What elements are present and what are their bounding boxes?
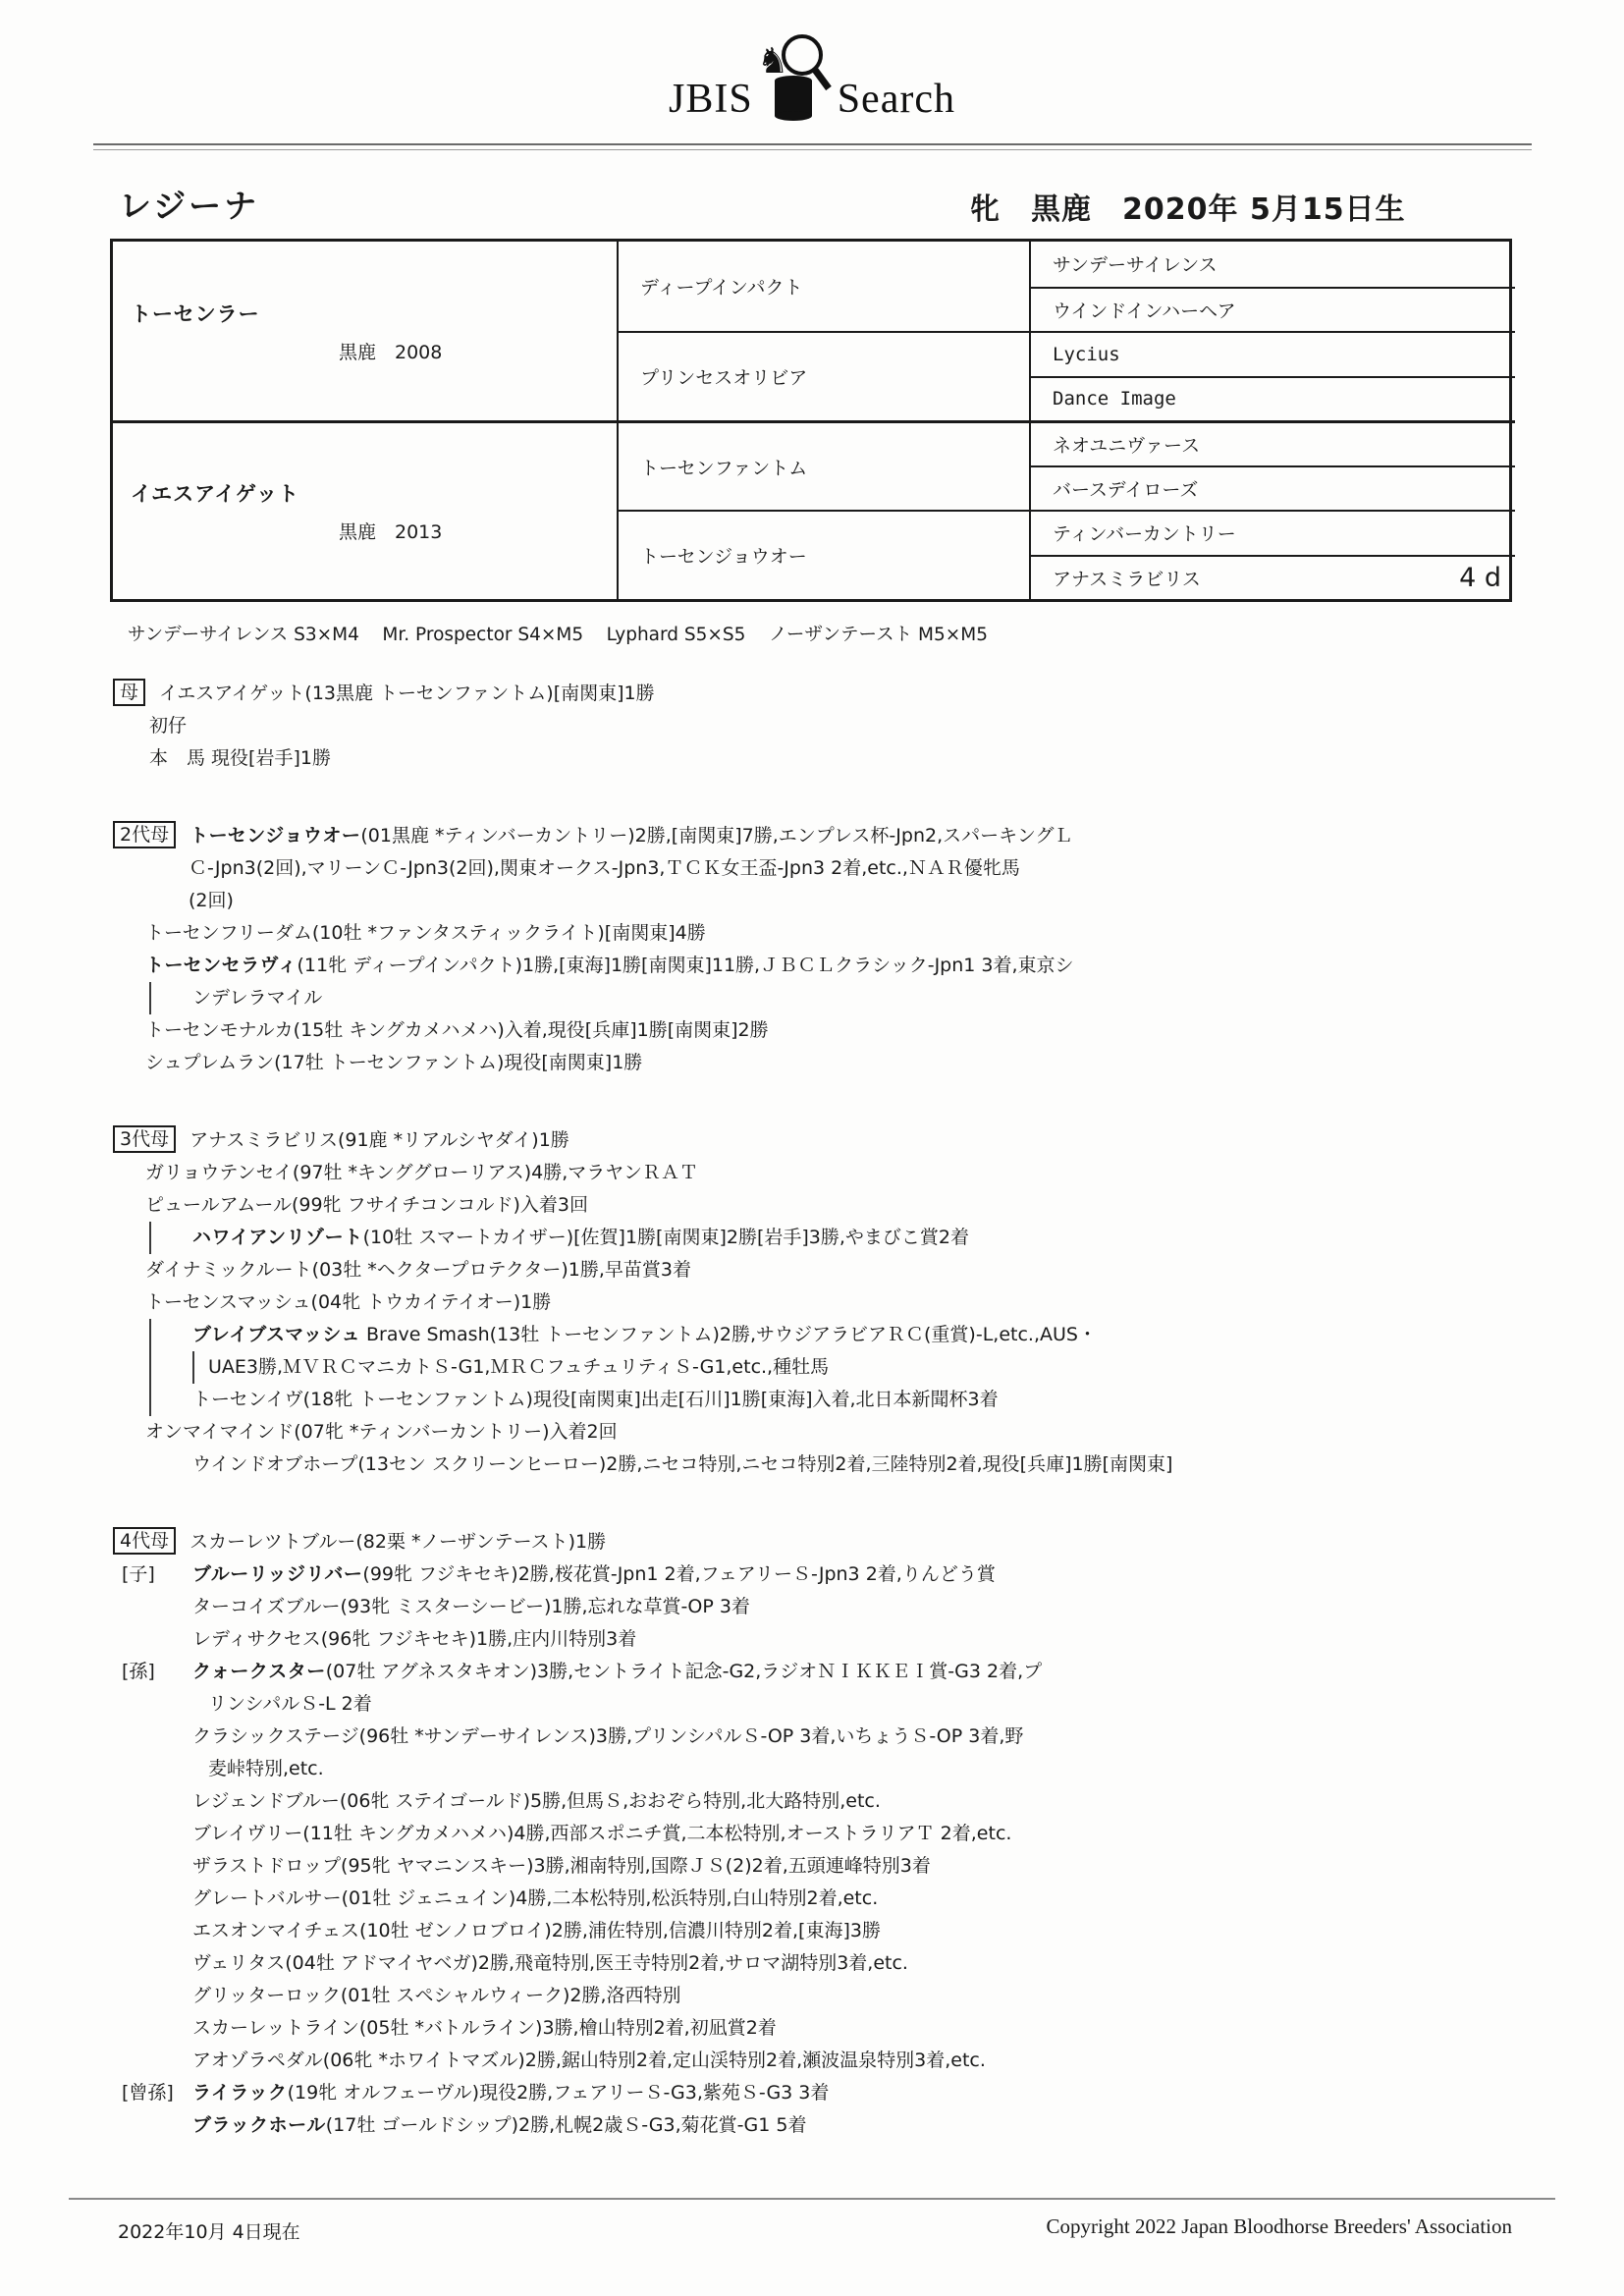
pedigree-line: オンマイマインド(07牝 *ティンバーカントリー)入着2回: [0, 1416, 1624, 1449]
line-text: (17牡 ゴールドシップ)2勝,札幌2歳Ｓ-G3,菊花賞-G1 5着: [326, 2114, 807, 2136]
footer-date: 2022年10月 4日現在: [118, 2217, 300, 2244]
jbis-search-logo: JBIS ♞ Search: [0, 27, 1624, 124]
tree-branch-line: [149, 982, 151, 1014]
pedigree-line: ダイナミックルート(03牡 *ヘクタープロテクター)1勝,早苗賞3着: [0, 1254, 1624, 1286]
pedigree-line: 4代母スカーレツトブルー(82栗 *ノーザンテースト)1勝: [0, 1526, 1624, 1558]
horse-name-bold: クォークスター: [192, 1661, 326, 1682]
pedigree-line: レディサクセス(96牝 フジキセキ)1勝,庄内川特別3着: [0, 1623, 1624, 1656]
dam-cell: イエスアイゲット 黒鹿 2013: [113, 420, 617, 599]
line-text: ターコイズブルー(93牝 ミスターシービー)1勝,忘れな草賞-OP 3着: [192, 1596, 750, 1617]
sire-dam-cell: プリンセスオリビア: [617, 331, 1029, 420]
family-section: 2代母トーセンジョウオー(01黒鹿 *ティンバーカントリー)2勝,[南関東]7勝…: [0, 820, 1624, 1079]
sex-color-birth: 牝 黒鹿 2020年 5月15日生: [970, 185, 1406, 228]
pedigree-table: トーセンラー 黒鹿 2008 イエスアイゲット 黒鹿 2013 ディープインパク…: [110, 239, 1512, 602]
line-text: 麦峠特別,etc.: [208, 1758, 324, 1779]
pedigree-report-page: JBIS ♞ Search レジーナ 牝 黒鹿 2020年 5月15日生 トーセ…: [0, 0, 1624, 2296]
horse-name-bold: ハワイアンリゾート: [192, 1227, 363, 1248]
grandparent-cell: サンデーサイレンス: [1029, 242, 1515, 287]
line-text: (10牡 スマートカイザー)[佐賀]1勝[南関東]2勝[岩手]3勝,やまびこ賞2…: [363, 1227, 969, 1248]
family-section: 母イエスアイゲット(13黒鹿 トーセンファントム)[南関東]1勝初仔本 馬 現役…: [0, 678, 1624, 775]
line-text: (07牡 アグネスタキオン)3勝,セントライト記念-G2,ラジオＮＩＫＫＥＩ賞-…: [326, 1661, 1042, 1682]
horse-name-bold: ライラック: [192, 2082, 288, 2104]
pedigree-line: ウインドオブホープ(13セン スクリーンヒーロー)2勝,ニセコ特別,ニセコ特別2…: [0, 1449, 1624, 1481]
grandparent-cell: ネオユニヴァース: [1029, 420, 1515, 465]
pedigree-line: ターコイズブルー(93牝 ミスターシービー)1勝,忘れな草賞-OP 3着: [0, 1591, 1624, 1623]
horse-magnifier-icon: ♞: [757, 27, 834, 124]
line-text: エスオンマイチェス(10牡 ゼンノロブロイ)2勝,浦佐特別,信濃川特別2着,[東…: [192, 1920, 881, 1941]
tree-branch-line: [149, 1319, 151, 1351]
family-section: 3代母アナスミラビリス(91鹿 *リアルシヤダイ)1勝ガリョウテンセイ(97牡 …: [0, 1124, 1624, 1481]
line-text: トーセンイヴ(18牝 トーセンファントム)現役[南関東]出走[石川]1勝[東海]…: [192, 1389, 999, 1410]
line-text: ダイナミックルート(03牡 *ヘクタープロテクター)1勝,早苗賞3着: [145, 1259, 691, 1281]
pedigree-line: ヴェリタス(04牡 アドマイヤベガ)2勝,飛竜特別,医王寺特別2着,サロマ湖特別…: [0, 1947, 1624, 1980]
line-text: ガリョウテンセイ(97牡 *キンググローリアス)4勝,マラヤンＲＡＴ: [145, 1162, 698, 1183]
line-text: リンシパルＳ-L 2着: [208, 1693, 372, 1715]
line-text: アナスミラビリス(91鹿 *リアルシヤダイ)1勝: [189, 1129, 569, 1151]
pedigree-line: 2代母トーセンジョウオー(01黒鹿 *ティンバーカントリー)2勝,[南関東]7勝…: [0, 820, 1624, 852]
horse-name-bold: ブラックホール: [192, 2114, 326, 2136]
pedigree-line: ザラストドロップ(95牝 ヤマニンスキー)3勝,湘南特別,国際ＪＳ(2)2着,五…: [0, 1850, 1624, 1883]
pedigree-line: シュプレムラン(17牡 トーセンファントム)現役[南関東]1勝: [0, 1047, 1624, 1079]
sire-detail: 黒鹿 2008: [113, 338, 617, 364]
horse-name-title: レジーナ: [119, 181, 259, 227]
tree-branch-line: [149, 1351, 151, 1384]
grandparent-cell: Dance Image: [1029, 376, 1515, 421]
footer-divider: [69, 2198, 1555, 2200]
logo-search-text: Search: [838, 79, 955, 124]
line-text: 初仔: [149, 715, 187, 737]
relation-label: [曾孫]: [122, 2077, 174, 2109]
pedigree-line: 母イエスアイゲット(13黒鹿 トーセンファントム)[南関東]1勝: [0, 678, 1624, 710]
pedigree-line: [子]ブルーリッジリバー(99牝 フジキセキ)2勝,桜花賞-Jpn1 2着,フェ…: [0, 1558, 1624, 1591]
grandparent-cell: バースデイローズ: [1029, 465, 1515, 511]
svg-text:♞: ♞: [757, 41, 788, 82]
line-text: トーセンモナルカ(15牡 キングカメハメハ)入着,現役[兵庫]1勝[南関東]2勝: [145, 1019, 769, 1041]
line-text: ブレイヴリー(11牡 キングカメハメハ)4勝,西部スポニチ賞,二本松特別,オース…: [192, 1823, 1011, 1844]
line-text: トーセンスマッシュ(04牝 トウカイテイオー)1勝: [145, 1291, 551, 1313]
pedigree-line: トーセンスマッシュ(04牝 トウカイテイオー)1勝: [0, 1286, 1624, 1319]
pedigree-line: トーセンセラヴィ(11牝 ディープインパクト)1勝,[東海]1勝[南関東]11勝…: [0, 950, 1624, 982]
line-text: Ｃ-Jpn3(2回),マリーンＣ-Jpn3(2回),関東オークス-Jpn3,ＴＣ…: [189, 857, 1020, 879]
horse-name-bold: トーセンジョウオー: [189, 825, 360, 847]
line-text: ンデレラマイル: [192, 987, 322, 1009]
horse-name-bold: ブレイブスマッシュ: [192, 1324, 360, 1345]
pedigree-line: 3代母アナスミラビリス(91鹿 *リアルシヤダイ)1勝: [0, 1124, 1624, 1157]
horse-name-bold: ブルーリッジリバー: [192, 1563, 362, 1585]
generation-label: 2代母: [113, 821, 176, 848]
logo-jbis-text: JBIS: [669, 79, 753, 124]
line-text: ウインドオブホープ(13セン スクリーンヒーロー)2勝,ニセコ特別,ニセコ特別2…: [192, 1453, 1172, 1475]
pedigree-line: [曾孫]ライラック(19牝 オルフェーヴル)現役2勝,フェアリーＳ-G3,紫苑Ｓ…: [0, 2077, 1624, 2109]
grandparent-name: アナスミラビリス: [1053, 565, 1201, 591]
line-text: Brave Smash(13牡 トーセンファントム)2勝,サウジアラビアＲＣ(重…: [360, 1324, 1097, 1345]
dam-detail: 黒鹿 2013: [113, 518, 617, 544]
line-text: レディサクセス(96牝 フジキセキ)1勝,庄内川特別3着: [192, 1628, 636, 1650]
line-text: グリッターロック(01牡 スペシャルウィーク)2勝,洛西特別: [192, 1985, 681, 2006]
line-text: (11牝 ディープインパクト)1勝,[東海]1勝[南関東]11勝,ＪＢＣＬクラシ…: [297, 955, 1073, 976]
pedigree-line: ガリョウテンセイ(97牡 *キンググローリアス)4勝,マラヤンＲＡＴ: [0, 1157, 1624, 1189]
line-text: ヴェリタス(04牡 アドマイヤベガ)2勝,飛竜特別,医王寺特別2着,サロマ湖特別…: [192, 1952, 908, 1974]
pedigree-line: エスオンマイチェス(10牡 ゼンノロブロイ)2勝,浦佐特別,信濃川特別2着,[東…: [0, 1915, 1624, 1947]
line-text: アオゾラペダル(06牝 *ホワイトマズル)2勝,鋸山特別2着,定山渓特別2着,瀬…: [192, 2050, 986, 2071]
tree-branch-line: [149, 1222, 151, 1254]
sire-name: トーセンラー: [113, 299, 617, 328]
pedigree-line: ブラックホール(17牡 ゴールドシップ)2勝,札幌2歳Ｓ-G3,菊花賞-G1 5…: [0, 2109, 1624, 2142]
generation-label: 母: [113, 679, 145, 706]
grandparent-cell: ティンバーカントリー: [1029, 510, 1515, 555]
dam-name: イエスアイゲット: [113, 478, 617, 508]
family-section: 4代母スカーレツトブルー(82栗 *ノーザンテースト)1勝[子]ブルーリッジリバ…: [0, 1526, 1624, 2142]
family-sections: 母イエスアイゲット(13黒鹿 トーセンファントム)[南関東]1勝初仔本 馬 現役…: [0, 678, 1624, 2142]
pedigree-line: 麦峠特別,etc.: [0, 1753, 1624, 1785]
pedigree-line: グリッターロック(01牡 スペシャルウィーク)2勝,洛西特別: [0, 1980, 1624, 2012]
pedigree-line: ンデレラマイル: [0, 982, 1624, 1014]
pedigree-line: クラシックステージ(96牡 *サンデーサイレンス)3勝,プリンシパルＳ-OP 3…: [0, 1721, 1624, 1753]
horse-name-bold: トーセンセラヴィ: [145, 955, 297, 976]
line-text: グレートバルサー(01牡 ジェニュイン)4勝,二本松特別,松浜特別,白山特別2着…: [192, 1887, 878, 1909]
line-text: (99牝 フジキセキ)2勝,桜花賞-Jpn1 2着,フェアリーＳ-Jpn3 2着…: [362, 1563, 995, 1585]
tree-branch-line: [149, 1384, 151, 1416]
pedigree-line: アオゾラペダル(06牝 *ホワイトマズル)2勝,鋸山特別2着,定山渓特別2着,瀬…: [0, 2045, 1624, 2077]
generation-label: 4代母: [113, 1527, 176, 1555]
pedigree-line: 本 馬 現役[岩手]1勝: [0, 742, 1624, 775]
relation-label: [孫]: [122, 1656, 155, 1688]
pedigree-line: ピュールアムール(99牝 フサイチコンコルド)入着3回: [0, 1189, 1624, 1222]
relation-label: [子]: [122, 1558, 155, 1591]
header-divider: [93, 143, 1532, 150]
pedigree-line: ハワイアンリゾート(10牡 スマートカイザー)[佐賀]1勝[南関東]2勝[岩手]…: [0, 1222, 1624, 1254]
dam-sire-cell: トーセンファントム: [617, 420, 1029, 510]
generation-label: 3代母: [113, 1125, 176, 1153]
grandparent-cell: Lycius: [1029, 331, 1515, 376]
pedigree-line: トーセンモナルカ(15牡 キングカメハメハ)入着,現役[兵庫]1勝[南関東]2勝: [0, 1014, 1624, 1047]
line-text: レジェンドブルー(06牝 ステイゴールド)5勝,但馬Ｓ,おおぞら特別,北大路特別…: [192, 1790, 881, 1812]
line-text: クラシックステージ(96牡 *サンデーサイレンス)3勝,プリンシパルＳ-OP 3…: [192, 1725, 1023, 1747]
tree-branch-line: [192, 1351, 194, 1384]
line-text: (2回): [189, 890, 234, 911]
pedigree-line: グレートバルサー(01牡 ジェニュイン)4勝,二本松特別,松浜特別,白山特別2着…: [0, 1883, 1624, 1915]
pedigree-line: レジェンドブルー(06牝 ステイゴールド)5勝,但馬Ｓ,おおぞら特別,北大路特別…: [0, 1785, 1624, 1818]
pedigree-line: Ｃ-Jpn3(2回),マリーンＣ-Jpn3(2回),関東オークス-Jpn3,ＴＣ…: [0, 852, 1624, 885]
line-text: トーセンフリーダム(10牡 *ファンタスティックライト)[南関東]4勝: [145, 922, 706, 944]
line-text: ザラストドロップ(95牝 ヤマニンスキー)3勝,湘南特別,国際ＪＳ(2)2着,五…: [192, 1855, 931, 1877]
pedigree-line: ブレイブスマッシュ Brave Smash(13牡 トーセンファントム)2勝,サ…: [0, 1319, 1624, 1351]
footer-copyright: Copyright 2022 Japan Bloodhorse Breeders…: [1047, 2214, 1512, 2239]
line-text: スカーレツトブルー(82栗 *ノーザンテースト)1勝: [189, 1531, 606, 1553]
line-text: (19牝 オルフェーヴル)現役2勝,フェアリーＳ-G3,紫苑Ｓ-G3 3着: [288, 2082, 830, 2104]
pedigree-line: [孫]クォークスター(07牡 アグネスタキオン)3勝,セントライト記念-G2,ラ…: [0, 1656, 1624, 1688]
line-text: オンマイマインド(07牝 *ティンバーカントリー)入着2回: [145, 1421, 618, 1443]
inbreeding-crosses: サンデーサイレンス S3×M4 Mr. Prospector S4×M5 Lyp…: [128, 621, 988, 646]
line-text: ピュールアムール(99牝 フサイチコンコルド)入着3回: [145, 1194, 588, 1216]
pedigree-line: (2回): [0, 885, 1624, 917]
grandparent-cell: ウインドインハーヘア: [1029, 287, 1515, 332]
generation-note: 4 d: [1459, 563, 1501, 593]
pedigree-line: 初仔: [0, 710, 1624, 742]
dam-dam-cell: トーセンジョウオー: [617, 510, 1029, 599]
line-text: (01黒鹿 *ティンバーカントリー)2勝,[南関東]7勝,エンプレス杯-Jpn2…: [360, 825, 1072, 847]
grandparent-cell: アナスミラビリス 4 d: [1029, 555, 1515, 600]
pedigree-line: UAE3勝,ＭＶＲＣマニカトＳ-G1,ＭＲＣフュチュリティＳ-G1,etc.,種…: [0, 1351, 1624, 1384]
sire-cell: トーセンラー 黒鹿 2008: [113, 242, 617, 420]
pedigree-line: トーセンイヴ(18牝 トーセンファントム)現役[南関東]出走[石川]1勝[東海]…: [0, 1384, 1624, 1416]
pedigree-line: ブレイヴリー(11牡 キングカメハメハ)4勝,西部スポニチ賞,二本松特別,オース…: [0, 1818, 1624, 1850]
pedigree-line: リンシパルＳ-L 2着: [0, 1688, 1624, 1721]
pedigree-line: トーセンフリーダム(10牡 *ファンタスティックライト)[南関東]4勝: [0, 917, 1624, 950]
line-text: 本 馬 現役[岩手]1勝: [149, 747, 331, 769]
line-text: スカーレットライン(05牡 *バトルライン)3勝,檜山特別2着,初凪賞2着: [192, 2017, 777, 2039]
sire-sire-cell: ディープインパクト: [617, 242, 1029, 331]
pedigree-line: スカーレットライン(05牡 *バトルライン)3勝,檜山特別2着,初凪賞2着: [0, 2012, 1624, 2045]
line-text: シュプレムラン(17牡 トーセンファントム)現役[南関東]1勝: [145, 1052, 642, 1073]
line-text: UAE3勝,ＭＶＲＣマニカトＳ-G1,ＭＲＣフュチュリティＳ-G1,etc.,種…: [208, 1356, 829, 1378]
line-text: イエスアイゲット(13黒鹿 トーセンファントム)[南関東]1勝: [159, 683, 655, 704]
